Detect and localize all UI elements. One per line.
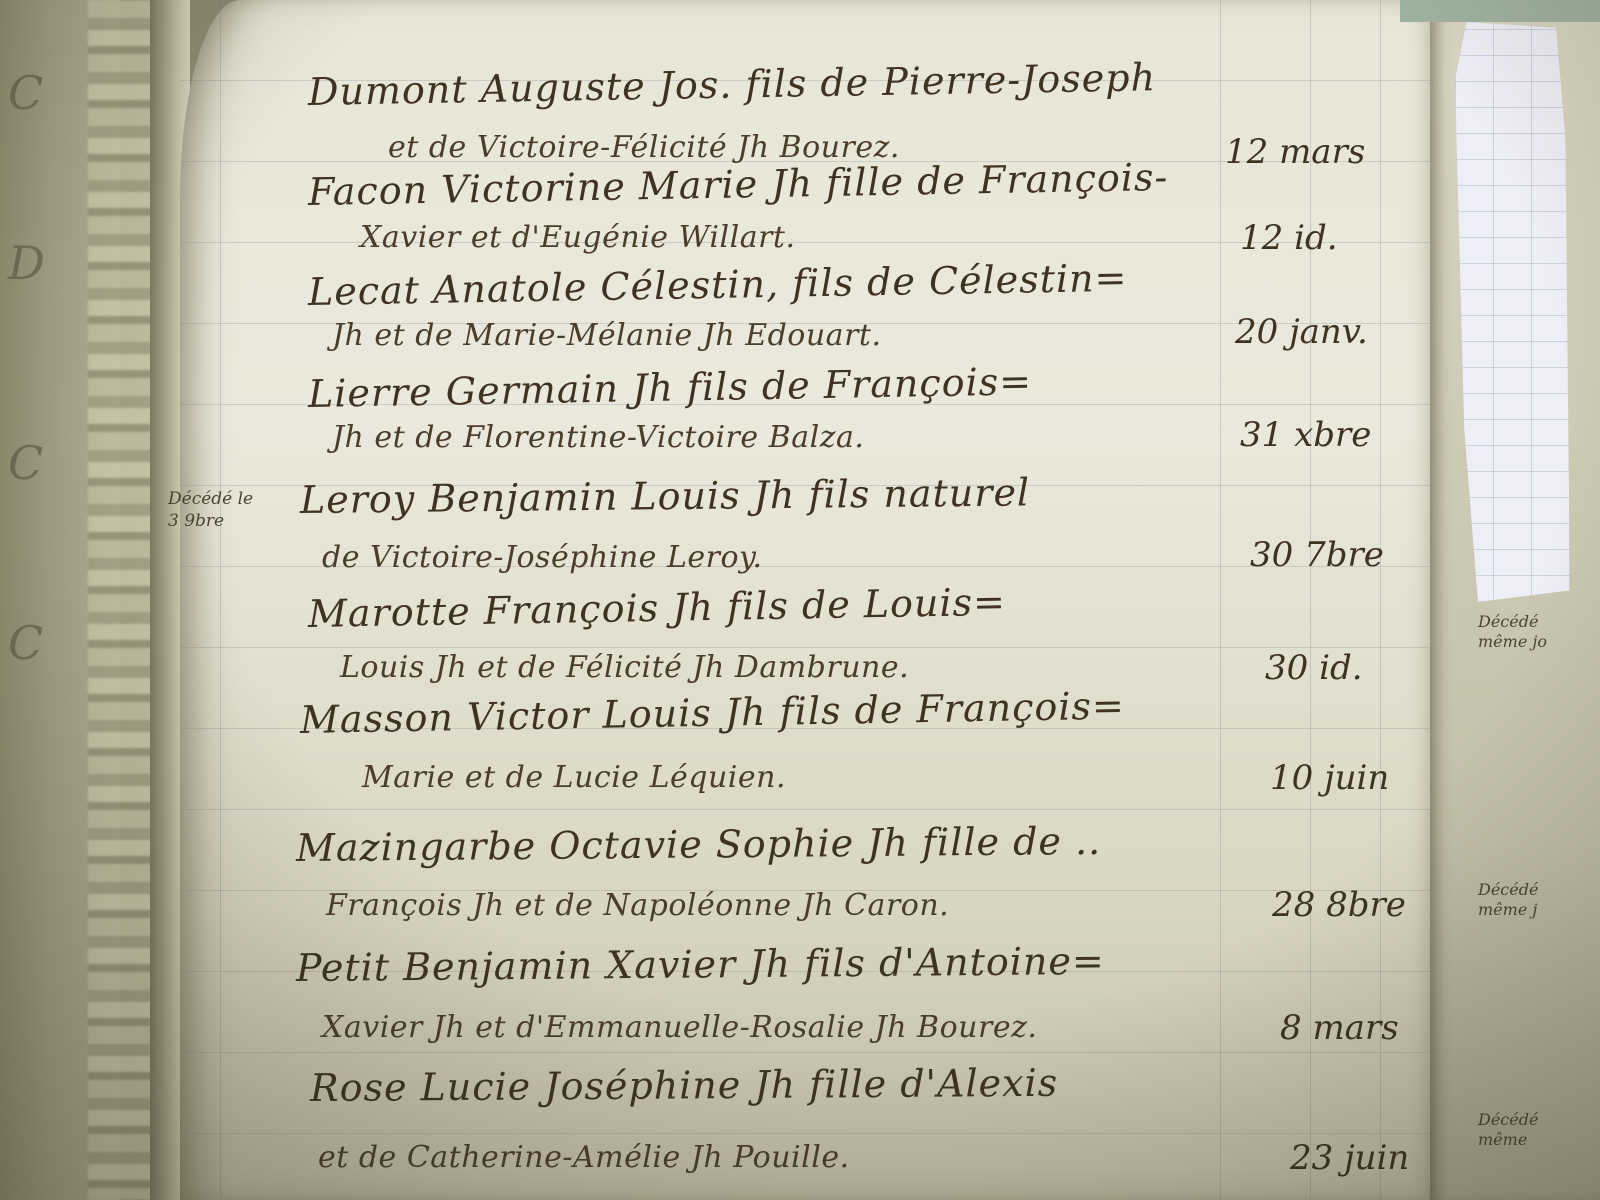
- entry-parents-line: et de Catherine-Amélie Jh Pouille.: [318, 1140, 850, 1175]
- bleed-through-ink: C: [8, 70, 43, 116]
- entry-date: 30 id.: [1265, 648, 1363, 688]
- margin-rule: [220, 0, 221, 1200]
- right-margin-note: Décédé même j: [1478, 880, 1538, 920]
- entry-name-line: Mazingarbe Octavie Sophie Jh fille de ..: [296, 819, 1102, 870]
- graph-paper-bookmark: [1455, 22, 1570, 602]
- entry-parents-line: Xavier Jh et d'Emmanuelle-Rosalie Jh Bou…: [322, 1010, 1037, 1045]
- entry-date: 10 juin: [1270, 758, 1389, 798]
- entry-name-line: Petit Benjamin Xavier Jh fils d'Antoine=: [296, 939, 1105, 990]
- entry-parents-line: Jh et de Florentine-Victoire Balza.: [332, 420, 864, 455]
- entry-parents-line: et de Victoire-Félicité Jh Bourez.: [388, 130, 900, 165]
- bleed-through-ink: D: [8, 240, 45, 286]
- bleed-through-ink: C: [8, 620, 43, 666]
- entry-name-line: Rose Lucie Joséphine Jh fille d'Alexis: [310, 1061, 1058, 1110]
- entry-date: 8 mars: [1280, 1008, 1399, 1048]
- entry-parents-line: Marie et de Lucie Léquien.: [362, 760, 786, 795]
- entry-date: 31 xbre: [1240, 415, 1371, 455]
- entry-name-line: Leroy Benjamin Louis Jh fils naturel: [300, 470, 1031, 522]
- right-margin-note: Décédé même: [1478, 1110, 1538, 1150]
- right-margin-note: Décédé même jo: [1478, 612, 1547, 652]
- torn-page-edge: [88, 0, 158, 1200]
- entry-date: 12 mars: [1225, 132, 1365, 172]
- entry-date: 28 8bre: [1272, 885, 1406, 925]
- bleed-through-ink: C: [8, 440, 43, 486]
- binding-tab: [1400, 0, 1600, 22]
- date-column-rule: [1220, 0, 1221, 1200]
- entry-parents-line: François Jh et de Napoléonne Jh Caron.: [326, 888, 949, 923]
- margin-note-death: Décédé le 3 9bre: [168, 488, 253, 532]
- entry-date: 12 id.: [1240, 218, 1338, 258]
- entry-parents-line: Jh et de Marie-Mélanie Jh Edouart.: [332, 318, 882, 353]
- entry-parents-line: de Victoire-Joséphine Leroy.: [322, 540, 763, 575]
- entry-date: 23 juin: [1290, 1138, 1409, 1178]
- entry-parents-line: Xavier et d'Eugénie Willart.: [360, 220, 796, 255]
- entry-date: 20 janv.: [1235, 312, 1368, 352]
- entry-date: 30 7bre: [1250, 535, 1384, 575]
- entry-parents-line: Louis Jh et de Félicité Jh Dambrune.: [340, 650, 909, 685]
